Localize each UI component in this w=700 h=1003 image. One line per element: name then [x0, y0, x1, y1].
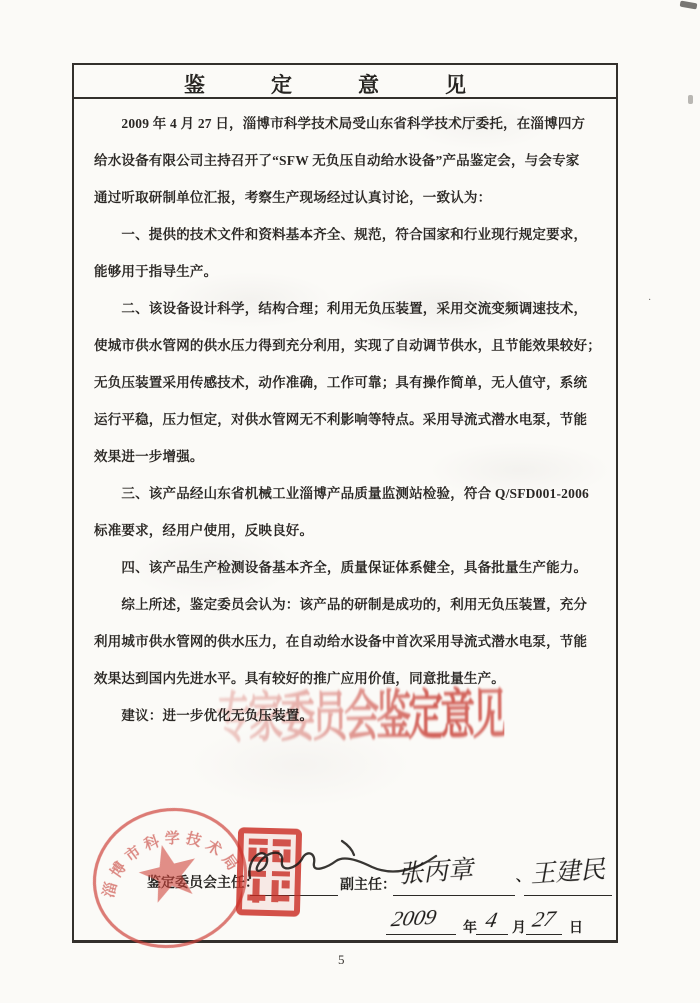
date-year-line — [386, 934, 456, 935]
chairman-signature-line — [250, 895, 338, 896]
body-text-line: 综上所述，鉴定委员会认为：该产品的研制是成功的，利用无负压装置，充分 — [94, 586, 614, 623]
title-band: 鉴定意见 — [74, 65, 616, 99]
vice-name-2-line — [524, 895, 612, 896]
date-month-line — [476, 934, 508, 935]
scanned-document-page: 鉴定意见 2009 年 4 月 27 日，淄博市科学技术局受山东省科学技术厅委托… — [0, 0, 700, 1003]
body-text-line: 四、该产品生产检测设备基本齐全，质量保证体系健全，具备批量生产能力。 — [94, 549, 614, 586]
body-text-line: 二、该设备设计科学，结构合理；利用无负压装置，采用交流变频调速技术， — [94, 290, 614, 327]
body-text-line: 一、提供的技术文件和资料基本齐全、规范，符合国家和行业现行规定要求， — [94, 216, 614, 253]
date-month-unit: 月 — [512, 917, 526, 937]
body-text-line: 三、该产品经山东省机械工业淄博产品质量监测站检验，符合 Q/SFD001-200… — [94, 475, 614, 512]
body-text-line: 给水设备有限公司主持召开了“SFW 无负压自动给水设备”产品鉴定会，与会专家 — [94, 142, 614, 179]
date-year-unit: 年 — [463, 917, 477, 937]
vice-chairman-name-2: 王建民 — [529, 849, 606, 890]
body-text-line: 标准要求，经用户使用，反映良好。 — [94, 512, 614, 549]
body-text-line: 利用城市供水管网的供水压力，在自动给水设备中首次采用导流式潜水电泵，节能 — [94, 623, 614, 660]
body-text-line: 运行平稳，压力恒定，对供水管网无不利影响等特点。采用导流式潜水电泵，节能 — [94, 401, 614, 438]
body-text-line: 通过听取研制单位汇报，考察生产现场经过认真讨论，一致认为： — [94, 179, 614, 216]
page-number: 5 — [338, 952, 345, 968]
scan-artifact-mark — [688, 95, 693, 104]
body-text-line: 效果进一步增强。 — [94, 438, 614, 475]
date-day-unit: 日 — [569, 917, 583, 937]
body-text-line: 效果达到国内先进水平。具有较好的推广应用价值，同意批量生产。 — [94, 660, 614, 697]
date-day-line — [526, 934, 562, 935]
body-text-line: 建议：进一步优化无负压装置。 — [94, 697, 614, 734]
vice-chairman-label: 副主任： — [340, 874, 396, 894]
vice-name-1-line — [393, 895, 515, 896]
page-title: 鉴定意见 — [184, 69, 532, 99]
body-text-line: 2009 年 4 月 27 日，淄博市科学技术局受山东省科学技术厅委托，在淄博四… — [94, 105, 614, 142]
chairman-label: 鉴定委员会主任： — [147, 872, 259, 892]
body-text-line: 无负压装置采用传感技术，动作准确，工作可靠；具有操作简单，无人值守，系统 — [94, 364, 614, 401]
scan-artifact-mark — [680, 1, 698, 10]
vice-chairman-name-1: 张丙章 — [397, 849, 474, 890]
body-text-line: 能够用于指导生产。 — [94, 253, 614, 290]
name-separator: 、 — [516, 866, 530, 886]
body-text-line: 使城市供水管网的供水压力得到充分利用，实现了自动调节供水，且节能效果较好； — [94, 327, 614, 364]
document-body: 2009 年 4 月 27 日，淄博市科学技术局受山东省科学技术厅委托，在淄博四… — [94, 105, 614, 734]
scan-artifact-mark: · — [648, 295, 654, 301]
date-year-handwritten: 2009 — [389, 904, 439, 932]
